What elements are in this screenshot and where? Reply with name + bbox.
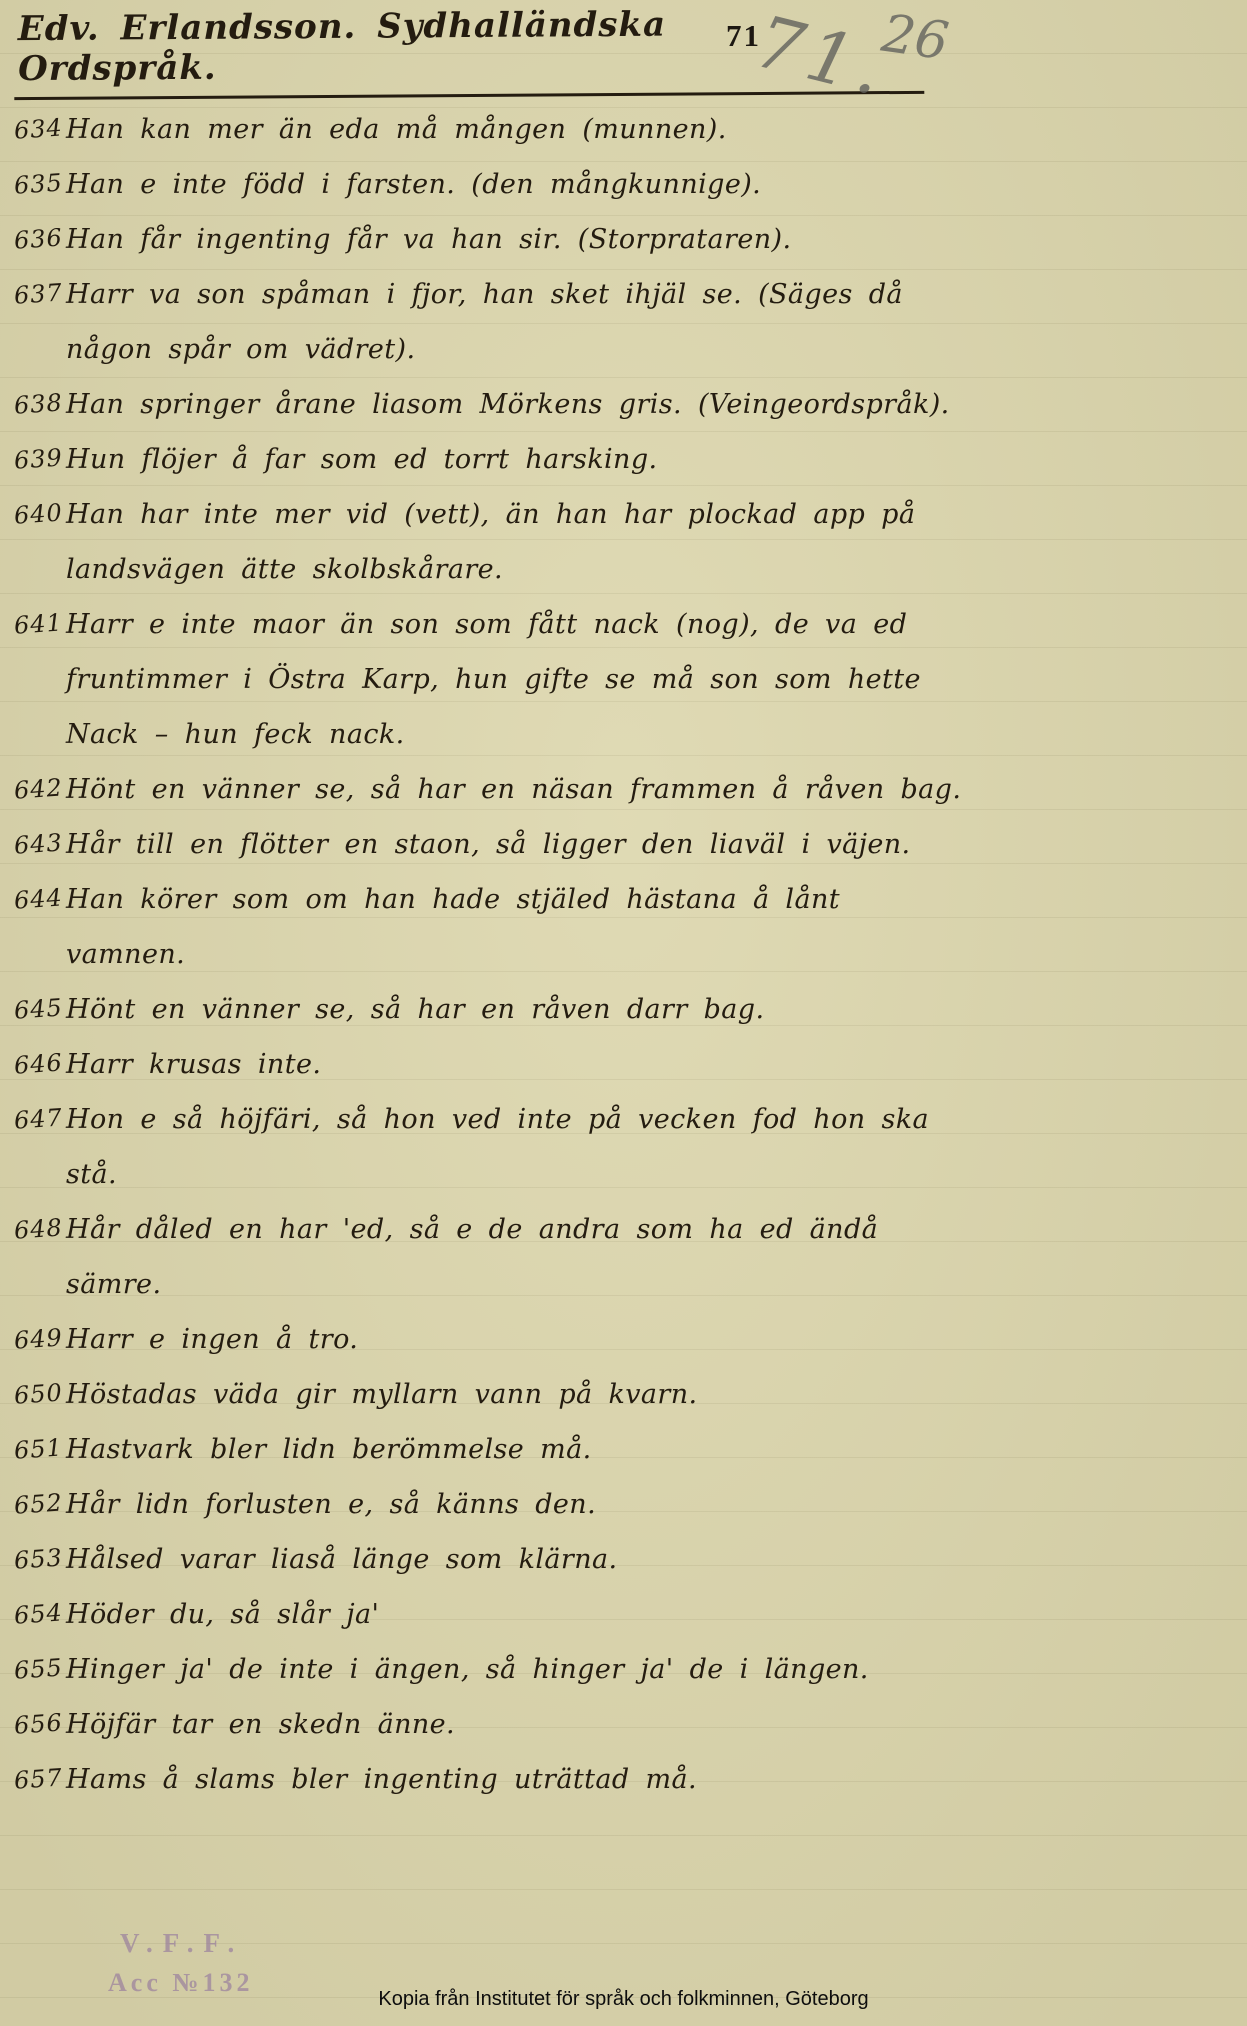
entry-text: Han har inte mer vid (vett), än han har …: [66, 487, 966, 597]
entry-row: 645Hönt en vänner se, så har en råven da…: [14, 982, 966, 1037]
entry-row: 634Han kan mer än eda må mången (munnen)…: [14, 102, 966, 157]
entry-text: Hun flöjer å far som ed torrt harsking.: [66, 432, 966, 487]
entry-number: 638: [12, 375, 68, 433]
entry-text: Hår till en flötter en staon, så ligger …: [66, 817, 966, 872]
entry-row: 639Hun flöjer å far som ed torrt harskin…: [14, 432, 966, 487]
manuscript-page: Edv. Erlandsson. Sydhalländska Ordspråk.…: [0, 0, 1247, 2026]
entry-number: 643: [12, 815, 68, 873]
entry-number: 645: [12, 980, 68, 1038]
entry-number: 646: [12, 1035, 68, 1093]
entry-row: 642Hönt en vänner se, så har en näsan fr…: [14, 762, 966, 817]
entry-row: 644Han körer som om han hade stjäled häs…: [14, 872, 966, 982]
copy-credit-line: Kopia från Institutet för språk och folk…: [0, 1988, 1247, 2011]
entry-text: Harr e ingen å tro.: [66, 1312, 966, 1367]
entry-text: Han körer som om han hade stjäled hästan…: [66, 872, 966, 982]
entry-row: 640Han har inte mer vid (vett), än han h…: [14, 487, 966, 597]
entry-row: 635Han e inte född i farsten. (den mångk…: [14, 157, 966, 212]
entry-text: Han springer årane liasom Mörkens gris. …: [66, 377, 966, 432]
entry-row: 650Höstadas väda gir myllarn vann på kva…: [14, 1367, 966, 1422]
entry-text: Hon e så höjfäri, så hon ved inte på vec…: [66, 1092, 966, 1202]
entry-row: 656Höjfär tar en skedn änne.: [14, 1697, 966, 1752]
entry-number: 656: [12, 1695, 68, 1753]
entry-text: Hams å slams bler ingenting uträttad må.: [66, 1752, 966, 1807]
entry-number: 637: [12, 265, 68, 323]
entry-row: 646Harr krusas inte.: [14, 1037, 966, 1092]
entry-number: 642: [12, 760, 68, 818]
entry-text: Harr va son spåman i fjor, han sket ihjä…: [66, 267, 966, 377]
entry-text: Han kan mer än eda må mången (munnen).: [66, 102, 966, 157]
entry-row: 638Han springer årane liasom Mörkens gri…: [14, 377, 966, 432]
entry-number: 657: [12, 1750, 68, 1808]
entry-row: 649Harr e ingen å tro.: [14, 1312, 966, 1367]
entry-number: 634: [12, 100, 68, 158]
entry-row: 647Hon e så höjfäri, så hon ved inte på …: [14, 1092, 966, 1202]
entry-row: 636Han får ingenting får va han sir. (St…: [14, 212, 966, 267]
entry-number: 641: [12, 595, 68, 653]
proverb-entries-list: 634Han kan mer än eda må mången (munnen)…: [14, 102, 966, 1807]
entry-number: 644: [12, 870, 68, 928]
entry-text: Hastvark bler lidn berömmelse må.: [66, 1422, 966, 1477]
entry-text: Hår dåled en har 'ed, så e de andra som …: [66, 1202, 966, 1312]
entry-text: Han e inte född i farsten. (den mångkunn…: [66, 157, 966, 212]
entry-row: 641Harr e inte maor än son som fått nack…: [14, 597, 966, 762]
entry-row: 648Hår dåled en har 'ed, så e de andra s…: [14, 1202, 966, 1312]
entry-row: 652Hår lidn forlusten e, så känns den.: [14, 1477, 966, 1532]
entry-number: 653: [12, 1530, 68, 1588]
entry-row: 643Hår till en flötter en staon, så ligg…: [14, 817, 966, 872]
entry-number: 650: [12, 1365, 68, 1423]
entry-number: 654: [12, 1585, 68, 1643]
entry-number: 655: [12, 1640, 68, 1698]
entry-number: 640: [12, 485, 68, 543]
entry-text: Harr e inte maor än son som fått nack (n…: [66, 597, 966, 762]
entry-text: Hönt en vänner se, så har en näsan framm…: [66, 762, 966, 817]
entry-number: 647: [12, 1090, 68, 1148]
entry-text: Hår lidn forlusten e, så känns den.: [66, 1477, 966, 1532]
entry-number: 651: [12, 1420, 68, 1478]
entry-number: 636: [12, 210, 68, 268]
entry-row: 654Höder du, så slår ja': [14, 1587, 966, 1642]
entry-number: 652: [12, 1475, 68, 1533]
entry-text: Harr krusas inte.: [66, 1037, 966, 1092]
entry-number: 648: [12, 1200, 68, 1258]
entry-text: Hålsed varar liaså länge som klärna.: [66, 1532, 966, 1587]
entry-row: 655Hinger ja' de inte i ängen, så hinger…: [14, 1642, 966, 1697]
entry-text: Hinger ja' de inte i ängen, så hinger ja…: [66, 1642, 966, 1697]
entry-text: Hönt en vänner se, så har en råven darr …: [66, 982, 966, 1037]
entry-text: Han får ingenting får va han sir. (Storp…: [66, 212, 966, 267]
entry-row: 657Hams å slams bler ingenting uträttad …: [14, 1752, 966, 1807]
entry-row: 653Hålsed varar liaså länge som klärna.: [14, 1532, 966, 1587]
entry-number: 649: [12, 1310, 68, 1368]
entry-row: 637Harr va son spåman i fjor, han sket i…: [14, 267, 966, 377]
entry-text: Höder du, så slår ja': [66, 1587, 966, 1642]
entry-row: 651Hastvark bler lidn berömmelse må.: [14, 1422, 966, 1477]
pencil-annotation-count: 26: [878, 4, 952, 73]
entry-number: 635: [12, 155, 68, 213]
entry-text: Höstadas väda gir myllarn vann på kvarn.: [66, 1367, 966, 1422]
archive-stamp-vff: V.F.F.: [120, 1928, 244, 1959]
entry-number: 639: [12, 430, 68, 488]
entry-text: Höjfär tar en skedn änne.: [66, 1697, 966, 1752]
